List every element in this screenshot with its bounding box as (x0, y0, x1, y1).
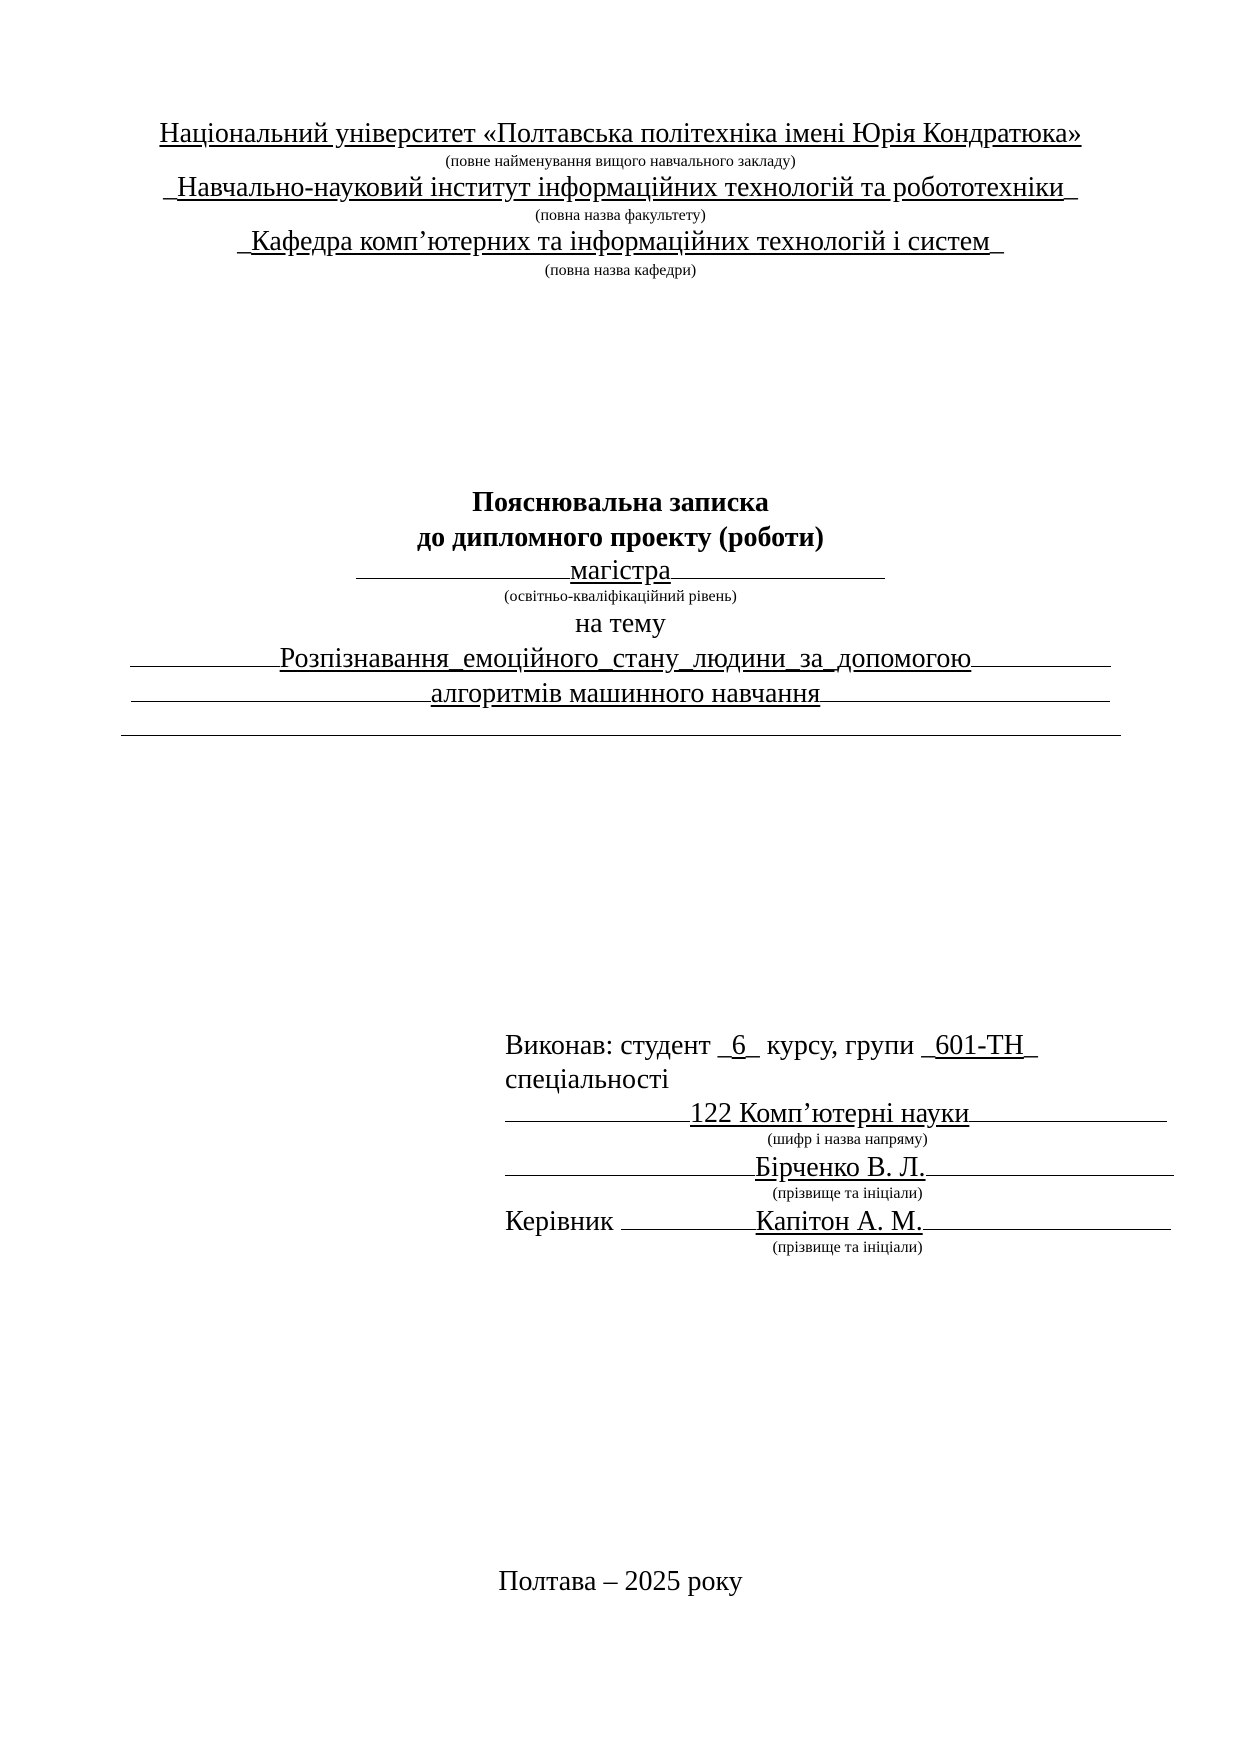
student-name: Бірченко В. Л. (755, 1152, 926, 1183)
specialty-caption: (шифр і назва напряму) (505, 1131, 1190, 1149)
topic-line-3 (0, 712, 1241, 744)
university-caption: (повне найменування вищого навчального з… (0, 153, 1241, 171)
student-line: Бірченко В. Л. (505, 1152, 1190, 1184)
student-caption: (прізвище та ініціали) (505, 1185, 1190, 1203)
supervisor-name: Капітон А. М. (756, 1206, 923, 1237)
degree-line: магістра (0, 555, 1241, 587)
group-value: 601-ТН (935, 1030, 1024, 1061)
department-caption: (повна назва кафедри) (0, 262, 1241, 280)
topic-text-2: алгоритмів машинного навчання (431, 678, 821, 709)
supervisor-caption: (прізвище та ініціали) (505, 1239, 1190, 1257)
specialty-value: 122 Комп’ютерні науки (690, 1098, 969, 1129)
topic-line-1: Розпізнавання_емоційного_стану_людини_за… (0, 643, 1241, 675)
supervisor-label: Керівник (505, 1206, 614, 1237)
city-year: Полтава – 2025 року (0, 1566, 1241, 1598)
university-name: Національний університет «Полтавська пол… (0, 118, 1241, 150)
course-value: 6 (732, 1030, 746, 1061)
department-name: _Кафедра комп’ютерних та інформаційних т… (0, 226, 1241, 258)
topic-line-2: алгоритмів машинного навчання (0, 678, 1241, 710)
institute-name: _Навчально-науковий інститут інформаційн… (0, 172, 1241, 204)
topic-text-1: Розпізнавання_емоційного_стану_людини_за… (280, 643, 972, 674)
topic-label: на тему (0, 608, 1241, 640)
performed-by-line: Виконав: студент _6_ курсу, групи _601-Т… (505, 1030, 1190, 1062)
institute-caption: (повна назва факультету) (0, 207, 1241, 225)
document-title: Пояснювальна записка (0, 487, 1241, 519)
specialty-line: 122 Комп’ютерні науки (505, 1098, 1190, 1130)
document-subtitle: до дипломного проекту (роботи) (0, 522, 1241, 554)
supervisor-line: Керівник Капітон А. М. (505, 1206, 1190, 1238)
degree-caption: (освітньо-кваліфікаційний рівень) (0, 588, 1241, 606)
degree-value: магістра (570, 555, 671, 586)
specialty-label: спеціальності (505, 1064, 1190, 1096)
